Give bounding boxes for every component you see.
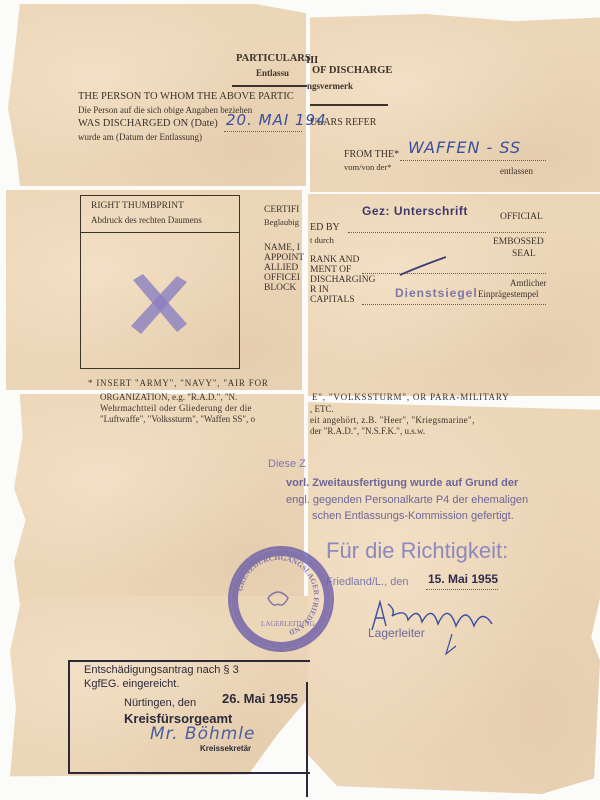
- seal-label: SEAL: [512, 249, 536, 259]
- camp-date: 15. Mai 1955: [428, 572, 498, 586]
- thumbprint-x-mark: [129, 274, 191, 336]
- claim-place: Nürtingen, den: [124, 697, 196, 709]
- dienstsiegel-stamp: Dienstsiegel: [395, 286, 478, 300]
- discharge-date-label-de: wurde am (Datum der Entlassung): [78, 132, 202, 142]
- header-rule-right: [310, 104, 388, 106]
- camp-stamp-line2: vorl. Zweitausfertigung wurde auf Grund …: [286, 477, 518, 489]
- claim-date: 26. Mai 1955: [222, 691, 298, 706]
- date-dotted-line: [224, 131, 302, 132]
- round-seal: GRENZDURCHGANGSLAGER FRIEDLAND LAGERLEIT…: [228, 546, 334, 652]
- from-label-de: vom/von der*: [344, 162, 391, 172]
- certified-by-de: t durch: [310, 235, 334, 245]
- thumbprint-header: RIGHT THUMBPRINT Abdruck des rechten Dau…: [81, 196, 239, 233]
- lagerleiter-label: Lagerleiter: [368, 626, 425, 640]
- thumbprint-title-de: Abdruck des rechten Daumens: [91, 215, 202, 225]
- header-de-right: ngsvermerk: [307, 81, 353, 91]
- claim-line2: KgfEG. eingereicht.: [84, 678, 179, 690]
- official-label: OFFICIAL: [500, 212, 543, 222]
- certified-label-de: Beglaubig: [264, 217, 299, 227]
- claim-signature: Mr. Böhmle: [150, 724, 255, 744]
- footnote-line3: Wehrmachtteil oder Gliederung der die: [100, 403, 252, 413]
- name-dotted-line-2: [362, 304, 546, 305]
- from-dotted-line: [400, 160, 546, 161]
- claim-box-right-edge: [306, 682, 308, 797]
- thumbprint-box: RIGHT THUMBPRINT Abdruck des rechten Dau…: [80, 195, 240, 369]
- signature-stroke: [398, 255, 448, 277]
- header-subtitle: OF DISCHARGE: [312, 65, 392, 76]
- footnote-line3-cont: , ETC.: [310, 404, 334, 414]
- signed-stamp: Gez: Unterschrift: [362, 204, 468, 218]
- discharge-person-en: THE PERSON TO WHOM THE ABOVE PARTIC: [78, 91, 294, 102]
- camp-stamp-line1: Diese Z: [268, 458, 306, 470]
- camp-stamp-line3: engl. gegenden Personalkarte P4 der ehem…: [286, 494, 528, 506]
- name-block-left: NAME, I APPOINT ALLIED OFFICEI BLOCK: [264, 243, 304, 293]
- amtlicher-label: Amtlicher: [510, 278, 547, 288]
- correctness-stamp: Für die Richtigkeit:: [326, 538, 508, 564]
- entlassen-label: entlassen: [500, 166, 533, 176]
- certified-label: CERTIFI: [264, 205, 299, 215]
- header-title-left: PARTICULARS: [236, 53, 311, 64]
- footnote-line4: "Luftwaffe", "Volkssturm", "Waffen SS", …: [100, 414, 255, 424]
- place-label: Friedland/L., den: [326, 576, 409, 588]
- footnote-line5-cont: der "R.A.D.", "N.S.F.K.", u.s.w.: [310, 426, 425, 436]
- certified-by: ED BY: [310, 222, 340, 233]
- embossed-label: EMBOSSED: [493, 237, 544, 247]
- header-rule-left: [232, 85, 307, 87]
- footnote-line1: * INSERT "ARMY", "NAVY", "AIR FOR: [88, 378, 269, 388]
- seal-eagle-icon: GRENZDURCHGANGSLAGER FRIEDLAND LAGERLEIT…: [228, 546, 328, 646]
- certified-dotted-line: [348, 232, 546, 233]
- header-de-left: Entlassu: [256, 68, 289, 78]
- discharge-date-value: 20. MAI 194: [226, 111, 327, 129]
- claim-role: Kreissekretär: [200, 744, 251, 753]
- claim-line1: Entschädigungsantrag nach § 3: [84, 664, 239, 676]
- thumbprint-title: RIGHT THUMBPRINT: [91, 201, 184, 211]
- svg-text:LAGERLEITUNG: LAGERLEITUNG: [261, 620, 315, 628]
- from-label: FROM THE*: [344, 149, 399, 160]
- name-dotted-line-1: [362, 273, 546, 274]
- footnote-line2: ORGANIZATION, e.g. "R.A.D.", "N.: [100, 392, 237, 402]
- footnote-line1-cont: E", "VOLKSSTURM", OR PARA-MILITARY: [312, 392, 509, 402]
- einpraegestempel-label: Einprägestempel: [478, 289, 538, 299]
- from-value: WAFFEN - SS: [408, 138, 521, 157]
- name-block-right: RANK AND MENT OF DISCHARGING R IN CAPITA…: [310, 255, 375, 305]
- camp-date-dotted-line: [426, 589, 498, 590]
- footnote-line4-cont: eit angehört, z.B. "Heer", "Kriegsmarine…: [310, 415, 475, 425]
- camp-stamp-line4: schen Entlassungs-Kommission gefertigt.: [312, 510, 514, 522]
- discharge-date-label: WAS DISCHARGED ON (Date): [78, 118, 218, 129]
